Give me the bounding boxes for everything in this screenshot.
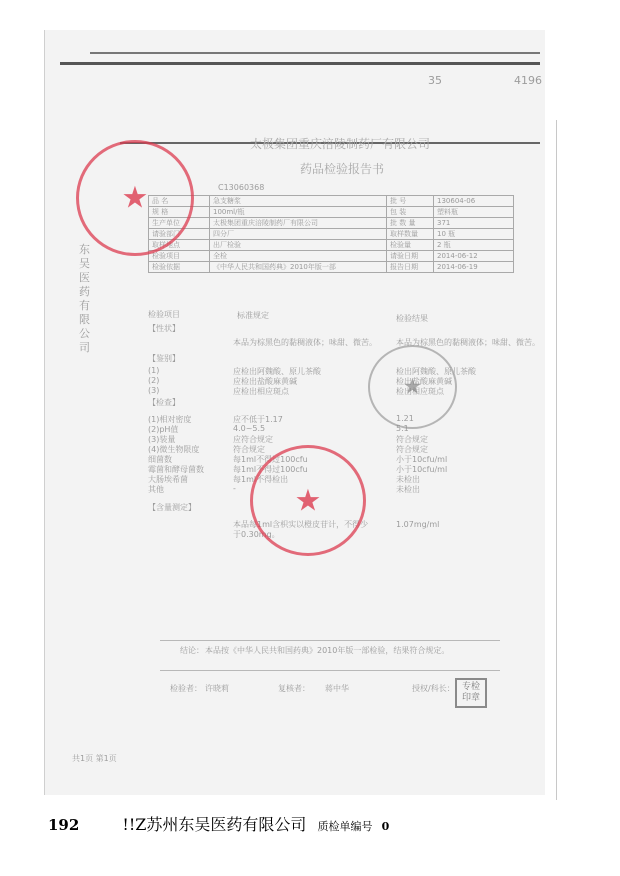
approver-label: 授权/科长： xyxy=(412,683,455,694)
result-item: 【检查】 xyxy=(148,397,180,408)
company-title: 太极集团重庆涪陵制药厂有限公司 xyxy=(250,135,430,152)
header-right-code: 4196 xyxy=(514,74,542,87)
info-label: 批 数 量 xyxy=(387,218,434,229)
info-value: 急支糖浆 xyxy=(210,196,387,207)
report-number: C13060368 xyxy=(218,183,264,192)
info-value: 《中华人民共和国药典》2010年版一部 xyxy=(210,262,387,273)
info-value: 100ml/瓶 xyxy=(210,207,387,218)
result-standard: 4.0~5.5 xyxy=(233,424,265,433)
conclusion-top-rule xyxy=(160,640,500,641)
info-value: 2014-06-19 xyxy=(434,262,514,273)
inspector-name: 许晓莉 xyxy=(205,683,229,694)
result-standard: 应检出相应斑点 xyxy=(233,386,289,397)
info-value: 四分厂 xyxy=(210,229,387,240)
top-rule-2 xyxy=(60,62,540,65)
info-row: 请验部门四分厂取样数量10 瓶 xyxy=(149,229,514,240)
info-label: 取样数量 xyxy=(387,229,434,240)
side-company-text: 东吴医药有限公司 xyxy=(79,243,91,355)
info-table: 品 名急支糖浆批 号130604-06规 格100ml/瓶包 装塑料瓶生产单位太… xyxy=(148,195,514,273)
result-item: (2) xyxy=(148,376,159,385)
star-icon: ★ xyxy=(295,483,322,518)
info-value: 出厂检验 xyxy=(210,240,387,251)
info-label: 检验依据 xyxy=(149,262,210,273)
star-icon: ★ xyxy=(122,181,149,216)
red-seal-center: ★ xyxy=(250,445,366,556)
info-label: 报告日期 xyxy=(387,262,434,273)
result-value: 1.07mg/ml xyxy=(396,520,439,529)
reviewer-label: 复核者： xyxy=(278,683,310,694)
approver-stamp: 专检 印章 xyxy=(455,678,487,708)
info-value: 塑料瓶 xyxy=(434,207,514,218)
info-row: 取样地点出厂检验检验量2 瓶 xyxy=(149,240,514,251)
info-row: 品 名急支糖浆批 号130604-06 xyxy=(149,196,514,207)
col-standard-heading: 标准规定 xyxy=(237,310,269,321)
info-value: 2 瓶 xyxy=(434,240,514,251)
red-seal-top-left: ★ xyxy=(76,140,194,256)
col-item-heading: 检验项目 xyxy=(148,309,180,320)
info-value: 全检 xyxy=(210,251,387,262)
result-item: (1) xyxy=(148,366,159,375)
conclusion-label: 结论： xyxy=(180,645,204,656)
info-row: 检验项目全检请验日期2014-06-12 xyxy=(149,251,514,262)
info-value: 太极集团重庆涪陵制药厂有限公司 xyxy=(210,218,387,229)
info-label: 检验量 xyxy=(387,240,434,251)
footer-qc-value: 0 xyxy=(382,820,390,833)
report-title: 药品检验报告书 xyxy=(300,160,384,177)
info-row: 检验依据《中华人民共和国药典》2010年版一部报告日期2014-06-19 xyxy=(149,262,514,273)
info-label: 请验日期 xyxy=(387,251,434,262)
star-icon: ★ xyxy=(403,375,423,400)
reviewer-name: 蒋中华 xyxy=(325,683,349,694)
info-label: 批 号 xyxy=(387,196,434,207)
result-item: 其他 xyxy=(148,484,164,495)
info-row: 生产单位太极集团重庆涪陵制药厂有限公司批 数 量371 xyxy=(149,218,514,229)
conclusion-text: 本品按《中华人民共和国药典》2010年版一部检验，结果符合规定。 xyxy=(205,645,449,656)
top-rule-1 xyxy=(90,52,540,54)
result-item: 【性状】 xyxy=(148,323,180,334)
info-label: 检验项目 xyxy=(149,251,210,262)
result-item: (3) xyxy=(148,386,159,395)
info-value: 10 瓶 xyxy=(434,229,514,240)
footer: 192 !!Z苏州东吴医药有限公司 质检单编号 0 xyxy=(48,812,389,835)
footer-qc-label: 质检单编号 xyxy=(317,820,372,833)
footer-company: !!Z苏州东吴医药有限公司 xyxy=(122,815,306,834)
info-row: 规 格100ml/瓶包 装塑料瓶 xyxy=(149,207,514,218)
conclusion-bottom-rule xyxy=(160,670,500,671)
col-result-heading: 检验结果 xyxy=(396,313,428,324)
info-label: 包 装 xyxy=(387,207,434,218)
inspector-label: 检验者： xyxy=(170,683,202,694)
info-value: 2014-06-12 xyxy=(434,251,514,262)
result-value: 未检出 xyxy=(396,484,420,495)
result-standard: 本品为棕黑色的黏稠液体；味甜、微苦。 xyxy=(233,337,377,348)
result-standard: - xyxy=(233,484,236,493)
header-left-code: 35 xyxy=(428,74,442,87)
margin-line xyxy=(556,120,557,800)
gray-seal: ★ xyxy=(368,345,457,429)
info-value: 130604-06 xyxy=(434,196,514,207)
result-item: 【含量测定】 xyxy=(148,502,196,513)
footer-number: 192 xyxy=(48,816,79,834)
info-value: 371 xyxy=(434,218,514,229)
result-item: 【鉴别】 xyxy=(148,353,180,364)
page-info: 共1页 第1页 xyxy=(72,753,117,764)
